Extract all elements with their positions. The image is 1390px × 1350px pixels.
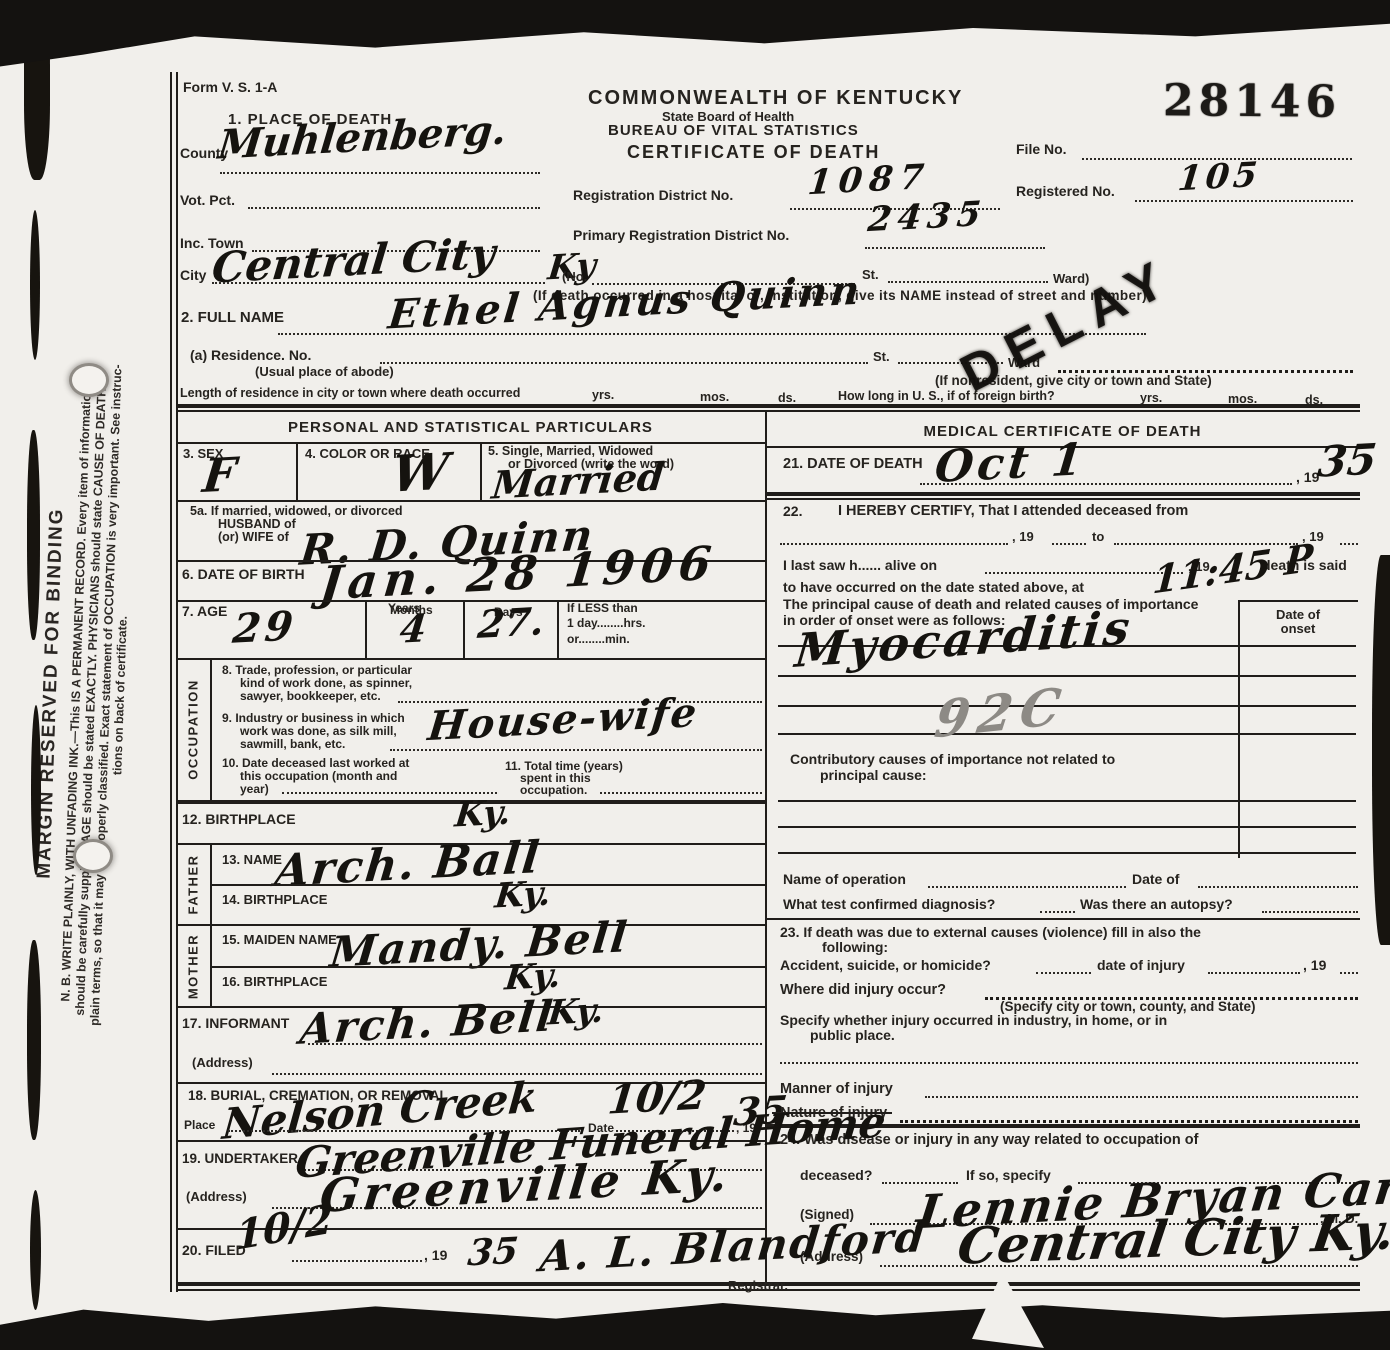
burial-place-label: Place (184, 1119, 215, 1132)
certify-to-year-line (1340, 543, 1358, 545)
industry-line (390, 749, 762, 751)
rule (210, 884, 765, 886)
rule (210, 966, 765, 968)
operation-date-label: Date of (1132, 872, 1179, 887)
dod-year-handwritten: 35 (1316, 438, 1379, 483)
father-birthplace-handwritten: Ky. (493, 876, 552, 913)
cause-line (778, 826, 1356, 828)
deceased-question-label: deceased? (800, 1168, 872, 1183)
if-less-label: or........min. (567, 633, 630, 646)
scan-band-top (0, 0, 1390, 70)
scan-edge-blob (27, 940, 41, 1140)
primary-district-line (865, 247, 1045, 249)
punch-hole (76, 842, 110, 870)
certificate-number-stamp: 28146 (1163, 75, 1342, 128)
yrs-label: yrs. (1140, 392, 1162, 405)
abode-note: (Usual place of abode) (255, 365, 394, 379)
date-of-onset-label: Date of (1240, 608, 1356, 622)
onset-box-border (1238, 600, 1240, 858)
specify-whether-label: public place. (810, 1028, 895, 1043)
date-of-death-label: 21. DATE OF DEATH (783, 457, 923, 472)
last-worked-label: year) (240, 783, 269, 796)
contributory-label: principal cause: (820, 768, 927, 783)
age-years-handwritten: 29 (231, 606, 299, 650)
father-name-label: 13. NAME (222, 853, 282, 867)
city-value-handwritten: Central City (210, 232, 497, 289)
informant-label: 17. INFORMANT (182, 1016, 289, 1031)
injury-date-line (1208, 972, 1300, 974)
certify-from-line (780, 543, 1008, 545)
nature-line (900, 1120, 1358, 1123)
full-name-label: 2. FULL NAME (181, 310, 284, 326)
undertaker-address-label: (Address) (186, 1190, 247, 1204)
operation-label: Name of operation (783, 872, 906, 887)
certify-to-label: to (1092, 530, 1104, 544)
total-time-label: occupation. (520, 784, 587, 797)
date-of-onset-label: onset (1240, 622, 1356, 636)
registrar-signature-handwritten: A. L. Blandford (538, 1216, 929, 1279)
trade-label: 8. Trade, profession, or particular (222, 664, 412, 677)
injury-year-prefix: , 19 (1303, 958, 1326, 973)
birthplace-value-handwritten: Ky. (453, 795, 512, 832)
last-saw-label: I last saw h...... alive on (783, 558, 937, 573)
full-name-handwritten: Ethel Agnus Quinn (386, 270, 864, 335)
trade-label: kind of work done, as spinner, (240, 677, 412, 690)
vot-pct-line (248, 207, 540, 209)
residence-label: (a) Residence. No. (190, 348, 311, 363)
rule (176, 600, 765, 602)
mos-label: mos. (1228, 393, 1257, 406)
scan-edge-blob (27, 430, 40, 640)
certificate-title: CERTIFICATE OF DEATH (627, 143, 880, 162)
rule (176, 658, 765, 660)
registrar-label: Registrar. (728, 1279, 788, 1293)
registered-no-line (1135, 200, 1353, 202)
ds-label: ds. (778, 392, 796, 405)
birthplace-label: 12. BIRTHPLACE (182, 812, 296, 827)
trade-label: sawyer, bookkeeper, etc. (240, 690, 381, 703)
scanned-death-certificate: MARGIN RESERVED FOR BINDING N. B. WRITE … (0, 0, 1390, 1350)
cause-code-pencil: 92C (932, 681, 1072, 746)
injury-year-line (1340, 972, 1358, 974)
age-label: 7. AGE (182, 604, 227, 619)
cell-border (463, 600, 465, 658)
vot-pct-label: Vot. Pct. (180, 193, 235, 208)
autopsy-line (1262, 911, 1358, 913)
occupation-side-label: OCCUPATION (186, 660, 201, 800)
informant-state-handwritten: Ky. (546, 993, 605, 1030)
undertaker-label: 19. UNDERTAKER (182, 1152, 298, 1166)
informant-address-label: (Address) (192, 1056, 253, 1070)
external-causes-label: following: (822, 940, 888, 955)
physician-address-handwritten: Central City Ky. (955, 1206, 1390, 1272)
date-of-death-line (920, 483, 1292, 485)
length-residence-label: Length of residence in city or town wher… (180, 387, 520, 400)
manner-line (925, 1096, 1358, 1098)
reg-district-value: 1087 (806, 160, 932, 201)
certify-number: 22. (783, 504, 802, 519)
side-strip-border (210, 658, 212, 800)
marital-value-handwritten: Married (490, 457, 666, 504)
age-days-handwritten: 27. (476, 602, 546, 644)
father-side-label: FATHER (186, 845, 201, 925)
informant-line (308, 1043, 762, 1045)
onset-box-border (1238, 600, 1358, 602)
time-of-death-handwritten: 11:45 P (1151, 538, 1314, 599)
operation-date-line (1198, 886, 1358, 888)
mother-birthplace-label: 16. BIRTHPLACE (222, 975, 327, 989)
operation-line (928, 886, 1126, 888)
primary-district-value: 2435 (866, 197, 988, 237)
spouse-label: (or) WIFE of (218, 531, 289, 544)
certify-from-year-line (1052, 543, 1086, 545)
last-worked-label: this occupation (month and (240, 770, 397, 783)
injury-date-label: date of injury (1097, 958, 1185, 973)
industry-label: sawmill, bank, etc. (240, 738, 345, 751)
external-causes-label: 23. If death was due to external causes … (780, 925, 1201, 940)
mother-birthplace-handwritten: Ky. (503, 958, 562, 995)
test-label: What test confirmed diagnosis? (783, 897, 995, 912)
registered-no-label: Registered No. (1016, 184, 1115, 199)
specify-line (780, 1062, 1358, 1064)
accident-line (1036, 972, 1091, 974)
county-value-handwritten: Muhlenberg. (216, 110, 508, 165)
scan-edge-blob (30, 1190, 41, 1310)
city-line (212, 282, 545, 284)
st-line (888, 281, 1048, 283)
residence-no-line (380, 362, 868, 364)
mother-name-label: 15. MAIDEN NAME (222, 933, 337, 947)
test-line (1040, 911, 1075, 913)
manner-of-injury-label: Manner of injury (780, 1082, 893, 1097)
father-birthplace-label: 14. BIRTHPLACE (222, 893, 327, 907)
sex-value-handwritten: F (201, 451, 238, 499)
race-value-handwritten: W (389, 446, 450, 499)
certify-statement: I HEREBY CERTIFY, That I attended deceas… (838, 504, 1188, 519)
cell-border (557, 600, 559, 658)
county-line (220, 172, 540, 174)
if-less-label: If LESS than (567, 602, 638, 615)
industry-label: work was done, as silk mill, (240, 725, 397, 738)
file-no-label: File No. (1016, 142, 1067, 157)
commonwealth-title: COMMONWEALTH OF KENTUCKY (588, 88, 963, 109)
reg-district-label: Registration District No. (573, 188, 733, 203)
rule (176, 442, 765, 444)
cause-line (778, 852, 1356, 854)
form-number: Form V. S. 1-A (183, 80, 277, 95)
dob-label: 6. DATE OF BIRTH (182, 567, 305, 582)
mos-label: mos. (700, 391, 729, 404)
occurred-label: to have occurred on the date stated abov… (783, 580, 1084, 595)
rule (765, 492, 1360, 496)
mother-side-label: MOTHER (186, 927, 201, 1007)
filed-date-handwritten: 10/2 (236, 1199, 333, 1257)
rule (765, 498, 1360, 500)
section-divider-rule (176, 410, 1360, 412)
industry-value-handwritten: House-wife (426, 693, 700, 747)
certify-from-year: , 19 (1012, 530, 1034, 544)
scan-edge-blob (30, 210, 40, 360)
yrs-label: yrs. (592, 389, 614, 402)
last-worked-label: 10. Date deceased last worked at (222, 757, 409, 770)
us-length-label: How long in U. S., if of foreign birth? (838, 390, 1055, 403)
cause-line (778, 800, 1356, 802)
ds-label: ds. (1305, 394, 1323, 407)
cause-line (778, 733, 1356, 735)
age-months-handwritten: 4 (398, 609, 428, 649)
punch-hole (72, 366, 106, 394)
residence-st-label: St. (873, 350, 890, 364)
filed-line (292, 1260, 422, 1262)
personal-section-title: PERSONAL AND STATISTICAL PARTICULARS (176, 420, 765, 436)
total-time-line (600, 792, 762, 794)
rule (765, 918, 1360, 920)
city-label: City (180, 268, 206, 283)
cell-border (480, 442, 482, 500)
cell-border (296, 442, 298, 500)
scan-edge-blob (1372, 555, 1390, 945)
where-injury-label: Where did injury occur? (780, 983, 946, 998)
binding-margin: MARGIN RESERVED FOR BINDING N. B. WRITE … (19, 88, 189, 1302)
section-divider-rule (176, 404, 1360, 408)
cell-border (365, 600, 367, 658)
registered-no-value: 105 (1176, 158, 1262, 197)
accident-label: Accident, suicide, or homicide? (780, 958, 991, 973)
primary-district-label: Primary Registration District No. (573, 228, 789, 243)
last-worked-line (282, 792, 497, 794)
bureau-subtitle: BUREAU OF VITAL STATISTICS (608, 123, 859, 139)
autopsy-label: Was there an autopsy? (1080, 897, 1233, 912)
industry-label: 9. Industry or business in which (222, 712, 405, 725)
scan-band-bottom (0, 1294, 1390, 1350)
filed-year-handwritten: 35 (466, 1233, 520, 1272)
scan-edge-blob (31, 705, 41, 875)
specify-whether-label: Specify whether injury occurred in indus… (780, 1013, 1167, 1028)
if-less-label: 1 day........hrs. (567, 617, 645, 630)
filed-year-prefix: , 19 (424, 1248, 447, 1263)
contributory-label: Contributory causes of importance not re… (790, 752, 1115, 767)
rule (176, 500, 765, 502)
